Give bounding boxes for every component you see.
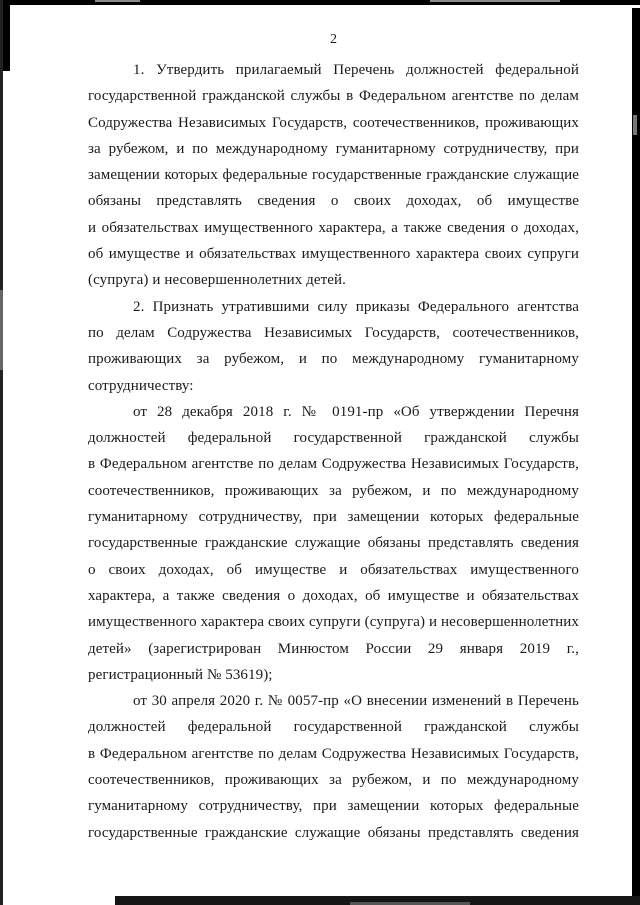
text-line: государственной гражданской службы в Фед… (88, 83, 579, 109)
text-line: в Федеральном агентстве по делам Содруже… (88, 741, 579, 767)
text-line: гуманитарному сотрудничеству, при замеще… (88, 504, 579, 530)
scanned-document-page: 2 1. Утвердить прилагаемый Перечень долж… (0, 0, 640, 905)
scan-border-left (0, 0, 3, 905)
text-line: замещении которых федеральные государств… (88, 162, 579, 188)
text-line: обязаны представлять сведения о своих до… (88, 188, 579, 214)
text-line: в Федеральном агентстве по делам Содруже… (88, 451, 579, 477)
text-line: соотечественников, проживающих за рубежо… (88, 767, 579, 793)
text-line: государственные гражданские служащие обя… (88, 530, 579, 556)
text-line: от 30 апреля 2020 г. № 0057-пр «О внесен… (88, 688, 579, 714)
paragraph-3: от 28 декабря 2018 г. № 0191-пр «Об утве… (88, 399, 579, 688)
text-line: за рубежом, и по международному гуманита… (88, 136, 579, 162)
text-line: соотечественников, проживающих за рубежо… (88, 478, 579, 504)
text-line: и обязательствах имущественного характер… (88, 215, 579, 241)
scan-noise (95, 0, 140, 2)
text-line: от 28 декабря 2018 г. № 0191-пр «Об утве… (88, 399, 579, 425)
scan-border-right (632, 8, 640, 905)
text-line: (супруга) и несовершеннолетних детей. (88, 267, 579, 293)
text-line: по делам Содружества Независимых Государ… (88, 320, 579, 346)
text-line: гуманитарному сотрудничеству, при замеще… (88, 793, 579, 819)
text-line: о своих доходах, об имуществе и обязател… (88, 557, 579, 583)
page-number: 2 (88, 32, 579, 48)
scan-noise (633, 115, 637, 135)
text-line: Содружества Независимых Государств, соот… (88, 110, 579, 136)
paragraph-1: 1. Утвердить прилагаемый Перечень должно… (88, 57, 579, 294)
text-line: детей» (зарегистрирован Минюстом России … (88, 636, 579, 662)
text-line: должностей федеральной государственной г… (88, 714, 579, 740)
text-line: об имуществе и обязательствах имуществен… (88, 241, 579, 267)
text-line: имущественного характера своих супруги (… (88, 609, 579, 635)
text-line: 2. Признать утратившими силу приказы Фед… (88, 294, 579, 320)
text-line: регистрационный № 53619); (88, 662, 579, 688)
scan-noise (430, 0, 560, 2)
scan-noise (0, 290, 3, 370)
text-line: государственные гражданские служащие обя… (88, 820, 579, 846)
text-line: 1. Утвердить прилагаемый Перечень должно… (88, 57, 579, 83)
paragraph-2: 2. Признать утратившими силу приказы Фед… (88, 294, 579, 399)
paragraph-4: от 30 апреля 2020 г. № 0057-пр «О внесен… (88, 688, 579, 846)
text-line: должностей федеральной государственной г… (88, 425, 579, 451)
text-line: сотрудничеству: (88, 373, 579, 399)
text-line: характера, а также сведения о доходах, о… (88, 583, 579, 609)
text-line: проживающих за рубежом, и по международн… (88, 346, 579, 372)
document-body: 1. Утвердить прилагаемый Перечень должно… (88, 57, 579, 846)
